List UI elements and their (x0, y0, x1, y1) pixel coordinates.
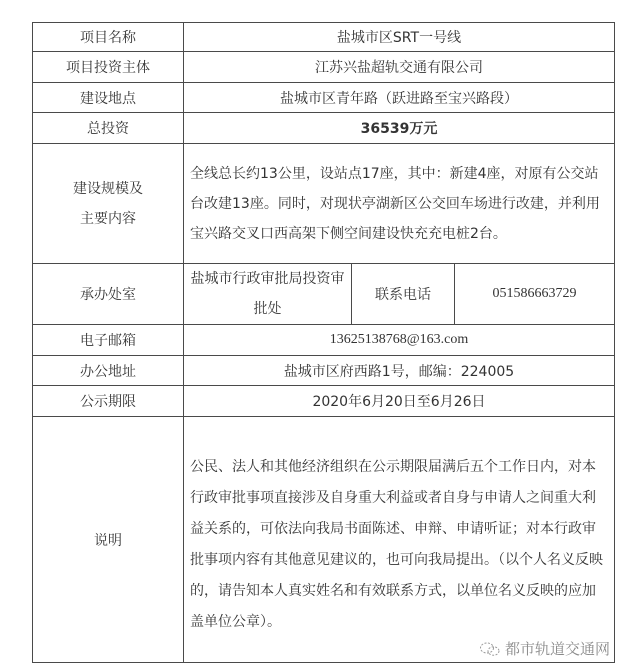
table-row-total-investment: 总投资 36539万元 (33, 113, 615, 144)
table-row-project-name: 项目名称 盐城市区SRT一号线 (33, 23, 615, 52)
label-address: 办公地址 (33, 356, 184, 386)
label-notes: 说明 (33, 417, 184, 663)
notes-text: 公民、法人和其他经济组织在公示期限届满后五个工作日内，对本行政审批事项直接涉及自… (190, 452, 608, 638)
label-email: 电子邮箱 (33, 325, 184, 356)
watermark-text: 都市轨道交通网 (505, 640, 610, 658)
value-scope: 全线总长约13公里，设站点17座，其中：新建4座，对原有公交站台改建13座。同时… (184, 144, 615, 264)
wechat-icon (479, 641, 501, 657)
value-publicity-period: 2020年6月20日至6月26日 (184, 386, 615, 417)
table-row-investor: 项目投资主体 江苏兴盐超轨交通有限公司 (33, 52, 615, 83)
label-publicity-period: 公示期限 (33, 386, 184, 417)
table-row-location: 建设地点 盐城市区青年路（跃进路至宝兴路段） (33, 83, 615, 113)
table-row-notes: 说明 公民、法人和其他经济组织在公示期限届满后五个工作日内，对本行政审批事项直接… (33, 417, 615, 663)
watermark: 都市轨道交通网 (479, 640, 610, 658)
label-scope: 建设规模及 主要内容 (33, 144, 184, 264)
label-scope-line-2: 主要内容 (33, 204, 183, 234)
value-project-name: 盐城市区SRT一号线 (184, 23, 615, 52)
value-email: 13625138768@163.com (184, 325, 615, 356)
label-location: 建设地点 (33, 83, 184, 113)
table-row-address: 办公地址 盐城市区府西路1号，邮编：224005 (33, 356, 615, 386)
table-row-department: 承办处室 盐城市行政审批局投资审批处 联系电话 051586663729 (33, 264, 615, 325)
value-location: 盐城市区青年路（跃进路至宝兴路段） (184, 83, 615, 113)
label-department: 承办处室 (33, 264, 184, 325)
label-investor: 项目投资主体 (33, 52, 184, 83)
value-contact-phone: 051586663729 (455, 264, 615, 325)
project-info-table: 项目名称 盐城市区SRT一号线 项目投资主体 江苏兴盐超轨交通有限公司 建设地点… (32, 22, 615, 663)
label-total-investment: 总投资 (33, 113, 184, 144)
value-investor: 江苏兴盐超轨交通有限公司 (184, 52, 615, 83)
value-notes: 公民、法人和其他经济组织在公示期限届满后五个工作日内，对本行政审批事项直接涉及自… (184, 417, 615, 663)
value-total-investment: 36539万元 (184, 113, 615, 144)
table-row-publicity-period: 公示期限 2020年6月20日至6月26日 (33, 386, 615, 417)
table-row-scope: 建设规模及 主要内容 全线总长约13公里，设站点17座，其中：新建4座，对原有公… (33, 144, 615, 264)
label-contact-phone: 联系电话 (352, 264, 455, 325)
value-address: 盐城市区府西路1号，邮编：224005 (184, 356, 615, 386)
table-row-email: 电子邮箱 13625138768@163.com (33, 325, 615, 356)
value-department: 盐城市行政审批局投资审批处 (184, 264, 352, 325)
project-name-text: 盐城市区SRT一号线 (337, 30, 461, 46)
label-scope-line-1: 建设规模及 (33, 174, 183, 204)
label-project-name: 项目名称 (33, 23, 184, 52)
